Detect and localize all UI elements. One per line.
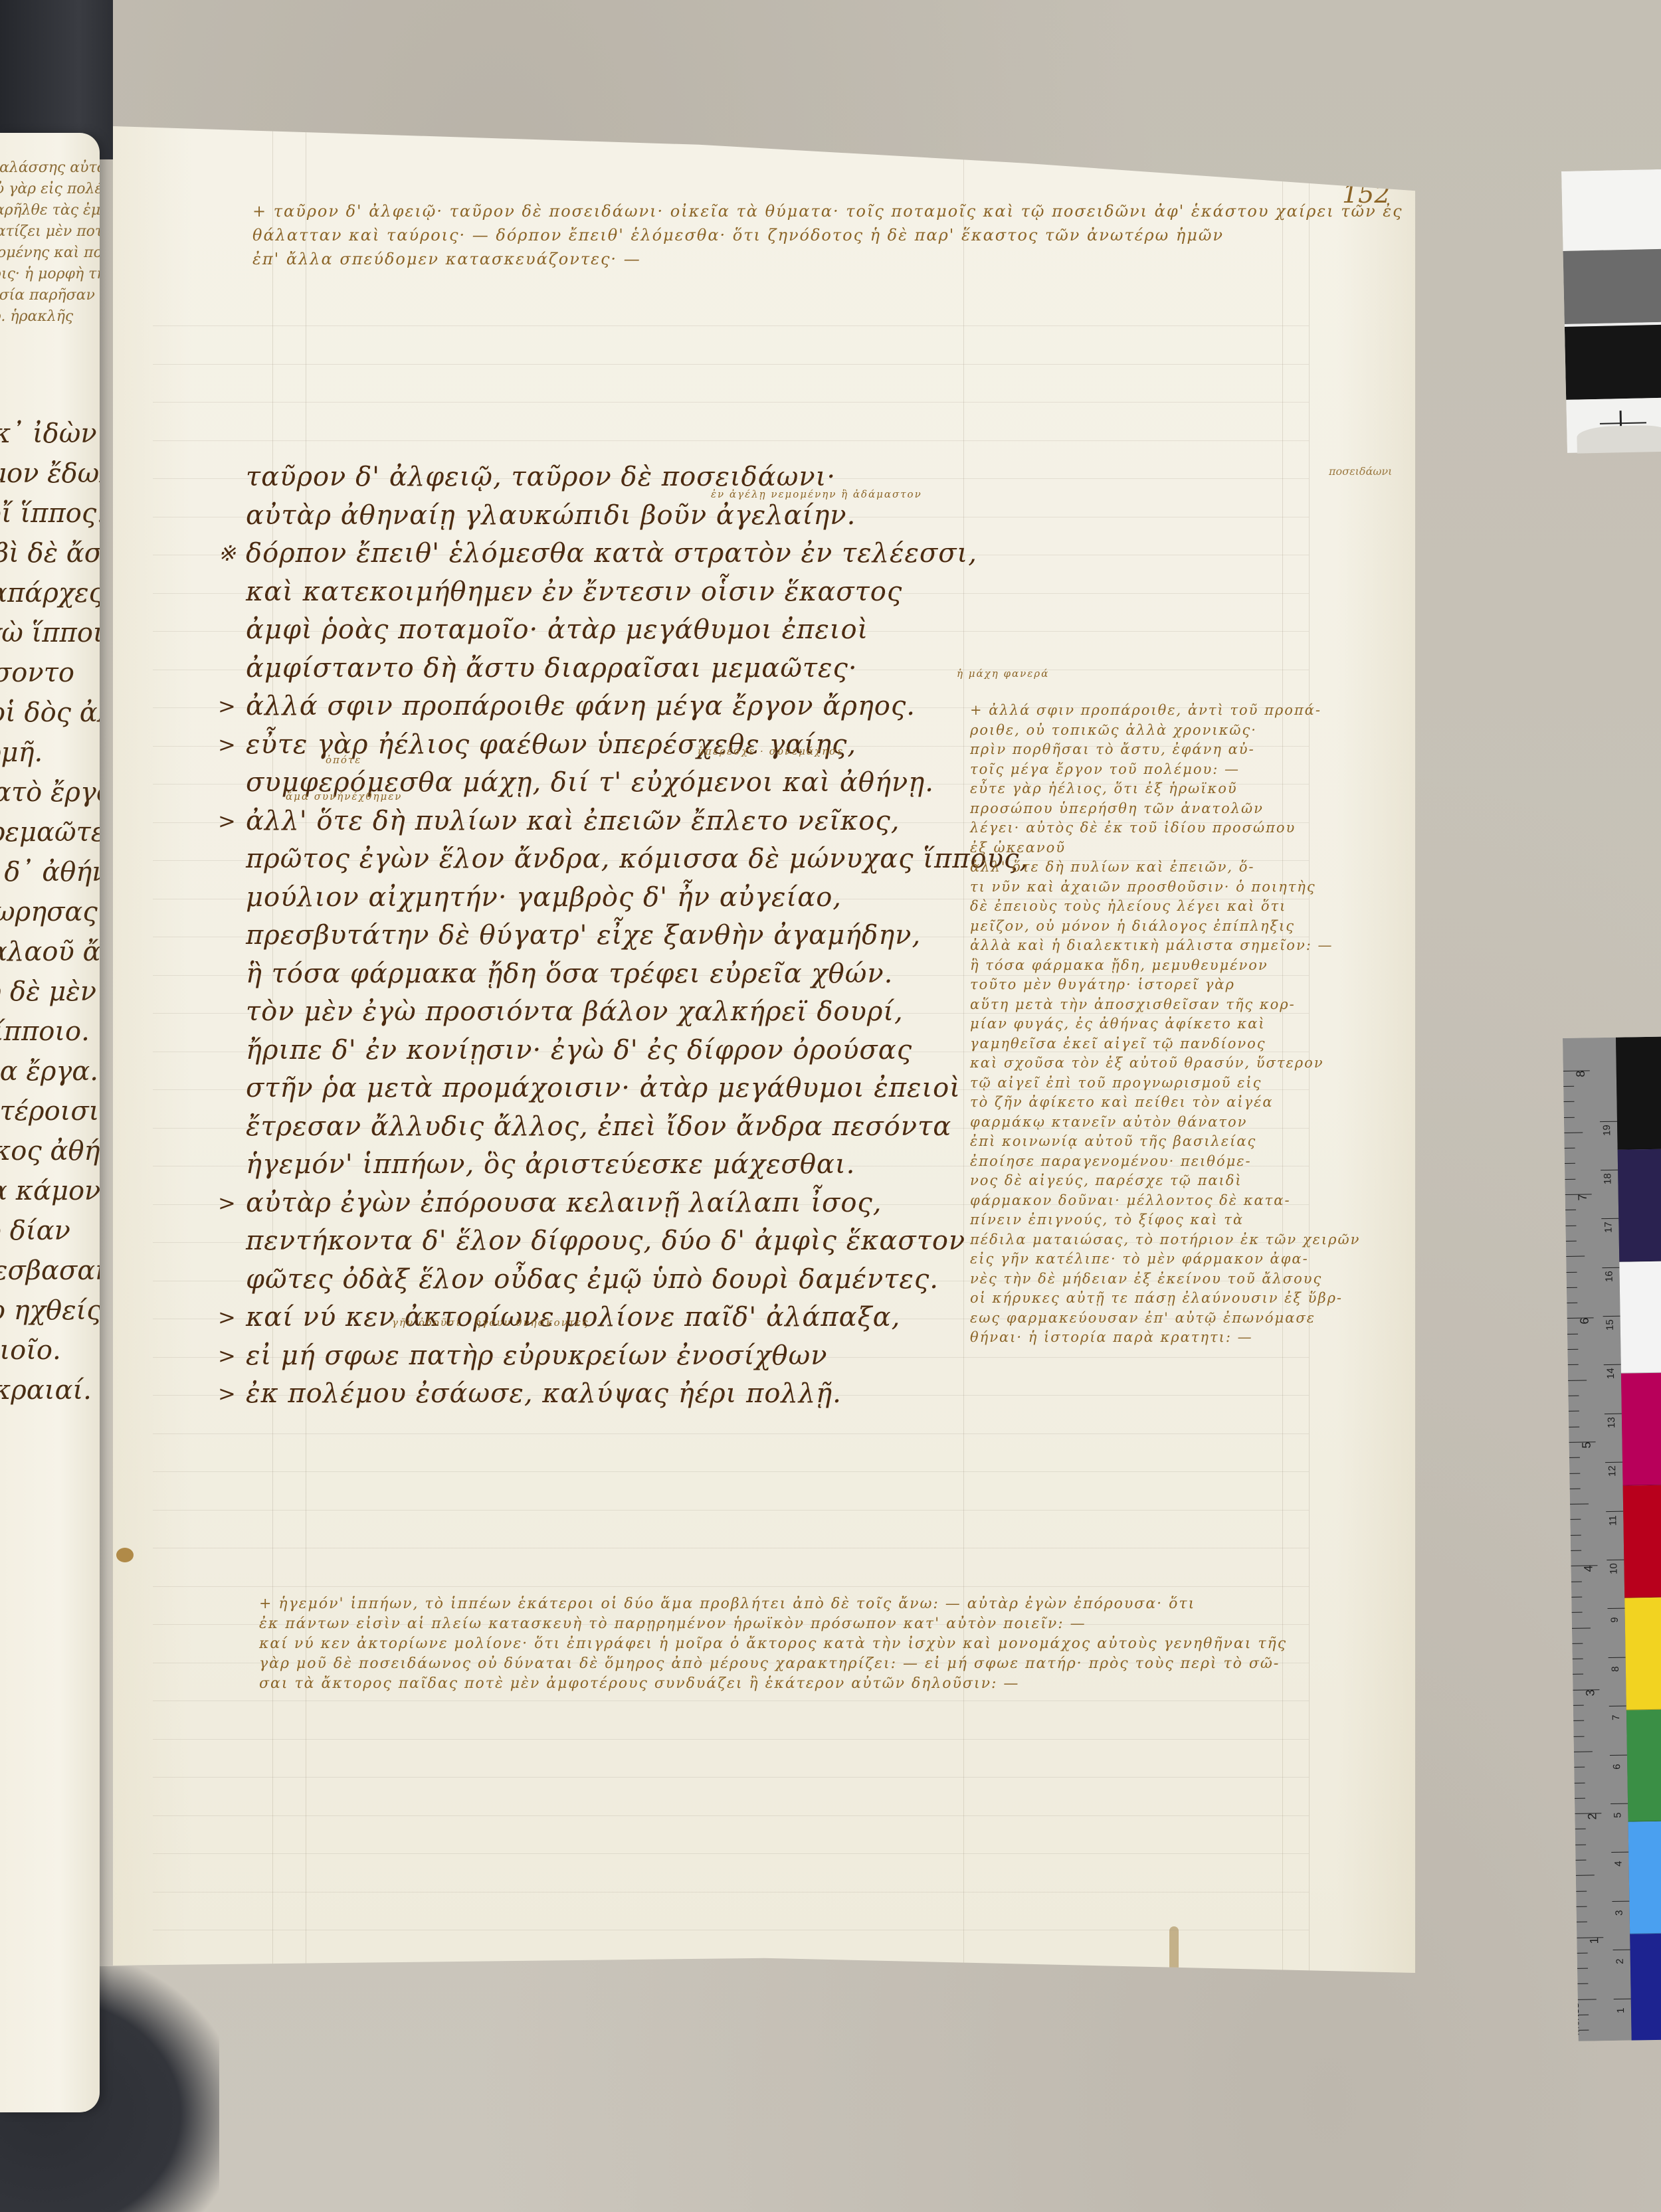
verse-line: >εἰ μή σφωε πατὴρ εὐρυκρείων ἐνοσίχθων xyxy=(246,1337,997,1376)
facing-verse-line: ἵπποιο. xyxy=(0,1016,90,1047)
ruler-tick xyxy=(1612,1900,1629,1901)
facing-verse-line: ρμῆ. xyxy=(0,737,43,768)
ruler-tick xyxy=(1572,1612,1583,1613)
ruling-line xyxy=(153,937,1309,937)
ruler-tick xyxy=(1571,1534,1581,1535)
commentary-line: εὖτε γὰρ ἠέλιος, ὅτι ἐξ ἡρωϊκοῦ xyxy=(970,779,1316,799)
facing-verse-line: οἴ ἵππος. xyxy=(0,498,100,529)
cm-label: 4 xyxy=(1612,1861,1624,1867)
ruler-tick xyxy=(1576,1890,1587,1891)
ruler-tick xyxy=(1577,1952,1588,1953)
cm-label: 5 xyxy=(1612,1812,1623,1818)
critical-sign: > xyxy=(218,726,237,765)
commentary-line: πέδιλα ματαιώσας, τὸ ποτήριον ἐκ τῶν χει… xyxy=(970,1230,1316,1250)
ruler-tick xyxy=(1570,1504,1589,1505)
facing-verse-line: σοντο xyxy=(0,658,74,688)
cm-label: 8 xyxy=(1610,1666,1621,1672)
ruler-tick xyxy=(1607,1608,1624,1609)
interlinear-gloss: ἅμα συνήνέχθημεν xyxy=(286,790,402,802)
facing-gloss-line: χρηματίζει μὲν ποτὲ xyxy=(0,223,100,240)
verse-line: πεντήκοντα δ' ἕλον δίφρους, δύο δ' ἀμφὶς… xyxy=(246,1222,997,1261)
scholia-line: + ταῦρον δ' ἀλφειῷ· ταῦρον δὲ ποσειδάωνι… xyxy=(252,199,1342,223)
verse-line: πρεσβυτάτην δὲ θύγατρ' εἶχε ξανθὴν ἀγαμή… xyxy=(246,917,997,955)
ruler-tick xyxy=(1568,1396,1579,1396)
ruler-tick xyxy=(1573,1659,1583,1659)
commentary-line: καὶ σχοῦσα τὸν ἐξ αὐτοῦ θρασύν, ὕστερον xyxy=(970,1054,1316,1073)
ruling-line xyxy=(153,1510,1309,1511)
cm-label: 17 xyxy=(1603,1222,1614,1233)
ruling-line xyxy=(153,1013,1309,1014)
facing-gloss-line: ὡς παρῆλθε τὰς ἐμ xyxy=(0,202,100,219)
swatch-green xyxy=(1626,1709,1661,1822)
verse-text: αὐτὰρ ἀθηναίῃ γλαυκώπιδι βοῦν ἀγελαίην. xyxy=(246,500,856,531)
commentary-line: νὲς τὴν δὲ μήδειαν ἐξ ἐκείνου τοῦ ἄλσους xyxy=(970,1269,1316,1289)
ruler-tick xyxy=(1603,1316,1620,1317)
ruler-tick xyxy=(1573,1720,1584,1721)
ruling-line xyxy=(153,1357,1309,1358)
facing-verse-line: κ᾽ ἰδὼν ἔργον. xyxy=(0,418,100,449)
cm-label: 9 xyxy=(1609,1617,1620,1623)
facing-gloss-line: τοῦ θαλάσσης αὐτοῦ τῆς xyxy=(0,159,100,176)
verse-line: στῆν ῥα μετὰ προμάχοισιν· ἀτὰρ μεγάθυμοι… xyxy=(246,1069,997,1108)
ruling-line xyxy=(153,1204,1309,1205)
commentary-line: προσώπου ὑπερήσθη τῶν ἀνατολῶν xyxy=(970,799,1316,819)
commentary-line: πίνειν ἐπιγνούς, τὸ ξίφος καὶ τὰ xyxy=(970,1210,1316,1230)
ruler-tick xyxy=(1568,1364,1579,1365)
ruling-line xyxy=(153,1777,1309,1778)
ruler-tick xyxy=(1607,1560,1624,1560)
ruling-line xyxy=(153,1930,1309,1930)
facing-verse-line: ωρησας xyxy=(0,897,98,927)
verse-text: ἀλλ' ὅτε δὴ πυλίων καὶ ἐπειῶν ἔπλετο νεῖ… xyxy=(246,806,900,836)
cm-label: 19 xyxy=(1601,1125,1612,1136)
scholia-line: καί νύ κεν ἀκτορίωνε μολίονε· ὅτι ἐπιγρά… xyxy=(259,1634,1296,1654)
commentary-line: νος δὲ αἰγεύς, παρέσχε τῷ παιδὶ xyxy=(970,1171,1316,1191)
ruling-line xyxy=(153,1624,1309,1625)
inch-label: 5 xyxy=(1580,1441,1594,1448)
verse-line: ἀμφὶ ῥοὰς ποταμοῖο· ἀτὰρ μεγάθυμοι ἐπειο… xyxy=(246,611,997,650)
critical-sign: > xyxy=(218,802,237,841)
verse-line: >ἀλλ' ὅτε δὴ πυλίων καὶ ἐπειῶν ἔπλετο νε… xyxy=(246,802,997,841)
cm-label: 3 xyxy=(1614,1910,1625,1916)
swatch-blue xyxy=(1630,1934,1661,2041)
ruler-tick xyxy=(1574,1736,1585,1736)
ruler-tick xyxy=(1567,1349,1578,1350)
ruler-tick xyxy=(1573,1674,1583,1675)
ruling-line xyxy=(153,1281,1309,1281)
ruler-tick xyxy=(1611,1803,1628,1804)
ink-stain xyxy=(116,1548,134,1562)
ruler-tick xyxy=(1571,1550,1581,1551)
verse-line: ἀμφίσταντο δὴ ἄστυ διαρραῖσαι μεμαῶτες· xyxy=(246,650,997,688)
facing-gloss-line: τὸ ἰσομένης καὶ ποῦ xyxy=(0,244,100,261)
facing-verse-line: ὃ δίαν xyxy=(0,1216,70,1246)
facing-verse-line: αλαοῦ ἄρει xyxy=(0,937,100,967)
margin-note: ποσειδάωνι xyxy=(1329,465,1392,478)
cm-label: 2 xyxy=(1614,1959,1626,1965)
ruling-line xyxy=(153,707,1309,708)
facing-verse-line: ρεμαῶτες. xyxy=(0,817,100,848)
verse-text: ἣ τόσα φάρμακα ᾔδη ὅσα τρέφει εὐρεῖα χθώ… xyxy=(246,959,893,989)
verse-line: ἤριπε δ' ἐν κονίῃσιν· ἐγὼ δ' ἐς δίφρον ὀ… xyxy=(246,1032,997,1070)
commentary-line: ἣ τόσα φάρμακα ᾔδη, μεμυθευμένον xyxy=(970,956,1316,976)
ruler-tick xyxy=(1564,1117,1575,1117)
ruling-line xyxy=(153,1089,1309,1090)
ruling-line xyxy=(153,1739,1309,1740)
ruler-tick xyxy=(1569,1411,1579,1412)
verse-text: πεντήκοντα δ' ἕλον δίφρους, δύο δ' ἀμφὶς… xyxy=(246,1226,965,1256)
interlinear-gloss: ὑπερέσχε · συνεμάχησε xyxy=(698,745,844,757)
critical-sign: > xyxy=(218,1375,237,1414)
ruler-tick xyxy=(1609,1657,1626,1657)
facing-verse-line: ο ηχθείς. xyxy=(0,1295,100,1326)
ruler-tick xyxy=(1606,1511,1623,1511)
facing-verse-line: ι δ᾽ ἀθήνη xyxy=(0,857,100,887)
ruling-line xyxy=(153,1815,1309,1816)
ruler-tick xyxy=(1569,1457,1580,1458)
verse-text: δόρπον ἔπειθ' ἑλόμεσθα κατὰ στρατὸν ἐν τ… xyxy=(246,538,977,569)
commentary-line: ἐπὶ κοινωνίᾳ αὐτοῦ τῆς βασιλείας xyxy=(970,1132,1316,1152)
ruler-tick xyxy=(1572,1627,1591,1628)
color-target-ruler: Inches 123456781234567891011121314151617… xyxy=(1563,1037,1661,2041)
facing-verse-line: ειοῖο. xyxy=(0,1335,61,1366)
ruler-tick xyxy=(1570,1519,1581,1520)
verse-text: ἐκ πολέμου ἐσάωσε, καλύψας ἠέρι πολλῇ. xyxy=(246,1378,842,1409)
ruling-line xyxy=(153,440,1309,441)
inch-label: 3 xyxy=(1583,1689,1597,1696)
ruler-tick xyxy=(1611,1852,1628,1853)
verse-line: φῶτες ὀδὰξ ἕλον οὖδας ἐμῷ ὑπὸ δουρὶ δαμέ… xyxy=(246,1261,997,1299)
ruler-tick xyxy=(1609,1706,1626,1706)
facing-verse-line: ετέροισι xyxy=(0,1096,99,1127)
inch-label: 8 xyxy=(1574,1070,1588,1077)
commentary-line: ροιθε, οὐ τοπικῶς ἀλλὰ χρονικῶς· xyxy=(970,721,1316,741)
ruler-tick xyxy=(1575,1782,1585,1783)
ruling-line xyxy=(153,1433,1309,1434)
verse-line: ※δόρπον ἔπειθ' ἑλόμεσθα κατὰ στρατὸν ἐν … xyxy=(246,535,997,573)
ruling-line xyxy=(153,746,1309,747)
verse-text: ἀλλά σφιν προπάροιθε φάνη μέγα ἔργον ἄρη… xyxy=(246,691,916,721)
facing-verse-line: κος ἀθήνη. xyxy=(0,1136,100,1166)
ruling-line xyxy=(153,1242,1309,1243)
gray-patch-black xyxy=(1565,325,1661,400)
commentary-column: + ἀλλά σφιν προπάροιθε, ἀντὶ τοῦ προπά-ρ… xyxy=(970,701,1316,1348)
gray-patch-gray xyxy=(1563,249,1661,324)
ruler-tick xyxy=(1565,1178,1575,1179)
ruler-tick xyxy=(1567,1333,1578,1334)
commentary-line: αὕτη μετὰ τὴν ἀποσχισθεῖσαν τῆς κορ- xyxy=(970,995,1316,1015)
verse-line: πρῶτος ἐγὼν ἕλον ἄνδρα, κόμισσα δὲ μώνυχ… xyxy=(246,840,997,879)
swatch-white xyxy=(1619,1261,1661,1374)
ruling-line xyxy=(153,1395,1309,1396)
ruler-tick xyxy=(1613,1950,1630,1950)
ruling-line xyxy=(153,670,1309,670)
ruling-line xyxy=(153,1128,1309,1129)
ruling-line xyxy=(153,555,1309,555)
scholia-line: θάλατταν καὶ ταύροις· — δόρπον ἔπειθ' ἑλ… xyxy=(252,223,1342,247)
cm-label: 1 xyxy=(1615,2007,1626,2013)
commentary-line: φαρμάκῳ κτανεῖν αὐτὸν θάνατον xyxy=(970,1113,1316,1133)
ruler-tick xyxy=(1570,1488,1581,1489)
verse-text: μούλιον αἰχμητήν· γαμβρὸς δ' ἦν αὐγείαο, xyxy=(246,882,842,913)
ruler-tick xyxy=(1577,1906,1587,1907)
inch-label: 7 xyxy=(1576,1194,1590,1200)
facing-verse-line: βὶ δὲ ἄστυ xyxy=(0,538,100,569)
inch-label: 4 xyxy=(1581,1566,1595,1572)
verse-line: τὸν μὲν ἐγὼ προσιόντα βάλον χαλκήρεϊ δου… xyxy=(246,993,997,1032)
ruler-tick xyxy=(1605,1414,1622,1414)
ruler-tick xyxy=(1574,1751,1593,1752)
ruler-tick xyxy=(1575,1844,1586,1845)
gray-patch-white xyxy=(1561,169,1661,251)
facing-gloss-line: ος· οὐ γὰρ εἰς πολέμου xyxy=(0,181,100,197)
ruler-tick xyxy=(1565,1225,1576,1226)
cm-label: 15 xyxy=(1605,1319,1616,1331)
water-stain xyxy=(1169,1926,1179,1973)
commentary-line: μεῖζον, οὐ μόνον ἡ διάλογος ἐπίπληξις xyxy=(970,917,1316,937)
cm-label: 7 xyxy=(1611,1715,1622,1721)
ruler-tick xyxy=(1601,1170,1618,1170)
facing-verse-line: εσβασαν ζῷον xyxy=(0,1255,100,1286)
facing-verse-line: οἱ δὸς ἀλκῆς. xyxy=(0,697,100,728)
ruling-line xyxy=(153,517,1309,517)
scholia-line: σαι τὰ ἄκτορος παῖδας ποτὲ μὲν ἀμφοτέρου… xyxy=(259,1674,1296,1694)
ruling-line xyxy=(153,1319,1309,1319)
ruler-tick xyxy=(1577,1922,1587,1922)
commentary-line: δὲ ἐπειοὺς τοὺς ἠλείους λέγει καὶ ὅτι xyxy=(970,897,1316,917)
verse-line: ἡγεμόν' ἱππήων, ὃς ἀριστεύεσκε μάχεσθαι. xyxy=(246,1146,997,1184)
commentary-line: λέγει· αὐτὸς δὲ ἐκ τοῦ ἰδίου προσώπου xyxy=(970,818,1316,838)
commentary-line: + ἀλλά σφιν προπάροιθε, ἀντὶ τοῦ προπά- xyxy=(970,701,1316,721)
ruler-tick xyxy=(1578,2015,1589,2015)
ruler-tick xyxy=(1565,1163,1575,1164)
commentary-line: φάρμακον δοῦναι· μέλλοντος δὲ κατα- xyxy=(970,1191,1316,1211)
torn-edge xyxy=(1577,425,1661,454)
verse-text: ἔτρεσαν ἄλλυδις ἄλλος, ἐπεὶ ἴδον ἄνδρα π… xyxy=(246,1111,951,1142)
ruling-line xyxy=(153,975,1309,976)
commentary-line: τοῖς μέγα ἔργον τοῦ πολέμου: — xyxy=(970,760,1316,780)
ruling-line xyxy=(153,325,1309,326)
ruler-tick xyxy=(1563,1086,1574,1087)
verse-line: >ἐκ πολέμου ἐσάωσε, καλύψας ἠέρι πολλῇ. xyxy=(246,1375,997,1414)
facing-verse-line: ια ἔργα. xyxy=(0,1056,98,1087)
main-text-block: ταῦρον δ' ἀλφειῷ, ταῦρον δὲ ποσειδάωνι·α… xyxy=(246,458,997,1414)
verse-line: ἣ τόσα φάρμακα ᾔδη ὅσα τρέφει εὐρεῖα χθώ… xyxy=(246,955,997,994)
verse-line: >καί νύ κεν ἀκτορίωνε μολίονε παῖδ' ἀλάπ… xyxy=(246,1299,997,1337)
scholia-line: ἐπ' ἄλλα σπεύδομεν κατασκευάζοντες· — xyxy=(252,247,1342,271)
scholia-top: + ταῦρον δ' ἀλφειῷ· ταῦρον δὲ ποσειδάωνι… xyxy=(252,199,1342,271)
ruler-tick xyxy=(1605,1462,1622,1463)
scholia-bottom: + ἡγεμόν' ἱππήων, τὸ ἱππέων ἑκάτεροι οἱ … xyxy=(259,1594,1296,1694)
ruling-line xyxy=(153,1586,1309,1587)
cm-label: 16 xyxy=(1604,1271,1615,1282)
scholia-line: γὰρ μοῦ δὲ ποσειδάωνος οὐ δύναται δὲ ὅμη… xyxy=(259,1654,1296,1674)
ruling-line xyxy=(153,364,1309,365)
ruler-tick xyxy=(1610,1754,1627,1755)
commentary-line: μίαν φυγάς, ἐς ἀθήνας ἀφίκετο καὶ xyxy=(970,1014,1316,1034)
swatch-red xyxy=(1623,1485,1661,1598)
ruler-tick xyxy=(1568,1380,1587,1380)
cm-label: 18 xyxy=(1602,1173,1613,1184)
ruler-tick xyxy=(1601,1218,1618,1219)
ruler-tick xyxy=(1569,1473,1580,1473)
verse-text: εἰ μή σφωε πατὴρ εὐρυκρείων ἐνοσίχθων xyxy=(246,1340,828,1371)
ruler-tick xyxy=(1575,1829,1586,1829)
ruler-tick xyxy=(1602,1267,1619,1267)
commentary-line: ἐξ ὠκεανοῦ xyxy=(970,838,1316,858)
ruler-tick xyxy=(1575,1860,1586,1861)
ruler-tick xyxy=(1569,1426,1579,1427)
ruling-line xyxy=(153,822,1309,823)
ruling-line xyxy=(153,860,1309,861)
ruler-tick xyxy=(1563,1101,1574,1102)
ruling-line xyxy=(153,1892,1309,1892)
critical-sign: > xyxy=(218,1184,237,1223)
verse-line: >αὐτὰρ ἐγὼν ἐπόρουσα κελαινῇ λαίλαπι ἶσο… xyxy=(246,1184,997,1223)
facing-verse-line: κραιαί. xyxy=(0,1375,92,1406)
manuscript-folio: 152 ποσειδάωνι + ταῦρον δ' ἀλφειῷ· ταῦρο… xyxy=(113,126,1415,1973)
commentary-line: εἰς γῆν κατέλιπε· τὸ μὲν φάρμακον ἀφα- xyxy=(970,1249,1316,1269)
ruling-line xyxy=(153,1853,1309,1854)
verse-text: ἡγεμόν' ἱππήων, ὃς ἀριστεύεσκε μάχεσθαι. xyxy=(246,1149,855,1180)
ruler-tick xyxy=(1573,1705,1584,1706)
ruler-tick xyxy=(1567,1271,1577,1272)
ruling-line xyxy=(153,1701,1309,1701)
facing-gloss-line: ον ἄρ. ἡρακλῆς xyxy=(0,308,73,325)
scholia-line: + ἡγεμόν' ἱππήων, τὸ ἱππέων ἑκάτεροι οἱ … xyxy=(259,1594,1296,1614)
ruler-tick xyxy=(1576,1875,1595,1876)
facing-verse-line: απάρχες xyxy=(0,578,100,608)
ruler-tick xyxy=(1604,1364,1621,1365)
ruler-tick xyxy=(1578,2030,1589,2031)
facing-verse-line: μον ἔδωκε xyxy=(0,458,100,489)
ruling-line xyxy=(153,1471,1309,1472)
critical-sign: ※ xyxy=(218,535,237,573)
interlinear-gloss: ὁπότε xyxy=(326,754,361,766)
ruler-tick xyxy=(1575,1797,1585,1798)
ruler-tick xyxy=(1600,1121,1617,1121)
ruling-line xyxy=(153,631,1309,632)
cm-label: 13 xyxy=(1606,1417,1617,1428)
ruling-line xyxy=(153,899,1309,899)
ruler-tick xyxy=(1572,1643,1583,1643)
ruler-tick xyxy=(1566,1241,1577,1242)
ruler-tick xyxy=(1571,1597,1582,1598)
ruler-tick xyxy=(1566,1256,1585,1257)
swatch-violet xyxy=(1618,1149,1661,1261)
verse-text: τὸν μὲν ἐγὼ προσιόντα βάλον χαλκήρεϊ δου… xyxy=(246,996,904,1027)
swatch-black xyxy=(1616,1037,1661,1150)
ruling-line xyxy=(153,784,1309,784)
critical-sign: > xyxy=(218,1299,237,1337)
ruler-tick xyxy=(1564,1132,1583,1133)
facing-verse-line: υ δὲ μὲν ἦλθε xyxy=(0,976,100,1007)
ruling-line xyxy=(153,593,1309,594)
facing-gloss-line: ἑτέροις· ἡ μορφὴ τῆς xyxy=(0,266,100,282)
verse-text: καὶ κατεκοιμήθημεν ἐν ἔντεσιν οἷσιν ἕκασ… xyxy=(246,577,902,607)
commentary-line: ἐποίησε παραγενομένου· πειθόμε- xyxy=(970,1152,1316,1172)
facing-verse-line: ατὸ ἔργος. xyxy=(0,777,100,808)
ruling-line xyxy=(153,1548,1309,1548)
cm-label: 6 xyxy=(1611,1764,1622,1770)
verse-text: στῆν ῥα μετὰ προμάχοισιν· ἀτὰρ μεγάθυμοι… xyxy=(246,1073,961,1103)
verse-text: ἤριπε δ' ἐν κονίῃσιν· ἐγὼ δ' ἐς δίφρον ὀ… xyxy=(246,1035,912,1065)
ruling-line xyxy=(153,402,1309,403)
ruling-line xyxy=(153,478,1309,479)
commentary-line: θήναι· ἡ ἱστορία παρὰ κρατητι: — xyxy=(970,1328,1316,1348)
ruler-tick xyxy=(1578,1999,1597,1999)
cm-label: 14 xyxy=(1605,1368,1616,1380)
commentary-line: οἱ κήρυκες αὐτῇ τε πάσῃ ἐλαύνουσιν ἐξ ὕβ… xyxy=(970,1289,1316,1309)
swatch-yellow xyxy=(1624,1597,1661,1710)
cm-label: 10 xyxy=(1608,1563,1619,1574)
ruler-tick xyxy=(1577,1968,1588,1969)
ruler-tick xyxy=(1567,1303,1577,1303)
inch-label: 2 xyxy=(1585,1813,1599,1819)
swatch-magenta xyxy=(1621,1373,1661,1486)
verse-line: ἔτρεσαν ἄλλυδις ἄλλος, ἐπεὶ ἴδον ἄνδρα π… xyxy=(246,1108,997,1147)
facing-verse-line: α κάμον. xyxy=(0,1176,100,1206)
ruler-tick xyxy=(1571,1581,1582,1582)
swatch-cyan xyxy=(1628,1821,1661,1934)
commentary-line: πρὶν πορθῆσαι τὸ ἄστυ, ἐφάνη αὐ- xyxy=(970,740,1316,760)
commentary-line: ἀλλὰ καὶ ἡ διαλεκτικὴ μάλιστα σημεῖον: — xyxy=(970,936,1316,956)
verse-text: αὐτὰρ ἐγὼν ἐπόρουσα κελαινῇ λαίλαπι ἶσος… xyxy=(246,1188,882,1218)
verse-text: πρῶτος ἐγὼν ἕλον ἄνδρα, κόμισσα δὲ μώνυχ… xyxy=(246,844,1028,874)
commentary-line: τοῦτο μὲν θυγάτηρ· ἱστορεῖ γὰρ xyxy=(970,975,1316,995)
critical-sign: > xyxy=(218,688,237,726)
verse-line: μούλιον αἰχμητήν· γαμβρὸς δ' ἦν αὐγείαο, xyxy=(246,879,997,917)
cm-label: 12 xyxy=(1607,1465,1618,1477)
facing-page: τοῦ θαλάσσης αὐτοῦ τῆςος· οὐ γὰρ εἰς πολ… xyxy=(0,133,100,2112)
ruling-line xyxy=(153,1052,1309,1052)
verse-text: πρεσβυτάτην δὲ θύγατρ' εἶχε ξανθὴν ἀγαμή… xyxy=(246,920,921,951)
cm-label: 11 xyxy=(1607,1515,1618,1526)
inch-label: 6 xyxy=(1578,1318,1592,1325)
interlinear-gloss: ἐν ἀγέλῃ νεμομένην ἢ ἀδάμαστον xyxy=(711,488,922,500)
critical-sign: > xyxy=(218,1337,237,1376)
ruler-tick xyxy=(1565,1210,1576,1210)
verse-text: ἀμφίσταντο δὴ ἄστυ διαρραῖσαι μεμαῶτες· xyxy=(246,653,858,684)
verse-line: >ἀλλά σφιν προπάροιθε φάνη μέγα ἔργον ἄρ… xyxy=(246,688,997,726)
ruling-line xyxy=(153,1166,1309,1166)
inch-label: 1 xyxy=(1587,1937,1601,1944)
ruler-tick xyxy=(1574,1767,1585,1768)
ruler-tick xyxy=(1565,1148,1575,1149)
verse-line: καὶ κατεκοιμήθημεν ἐν ἔντεσιν οἷσιν ἕκασ… xyxy=(246,573,997,612)
verse-text: φῶτες ὀδὰξ ἕλον οὖδας ἐμῷ ὑπὸ δουρὶ δαμέ… xyxy=(246,1264,939,1295)
color-target-grayscale xyxy=(1561,169,1661,935)
ruling-line xyxy=(153,1663,1309,1663)
ruler-tick xyxy=(1567,1287,1577,1288)
commentary-line: τὸ ζῆν ἀφίκετο καὶ πείθει τὸν αἰγέα xyxy=(970,1093,1316,1113)
facing-gloss-line: δὲ θυσία παρῆσαν ἐπ xyxy=(0,287,100,304)
commentary-line: τι νῦν καὶ ἀχαιῶν προσθοῦσιν· ὁ ποιητὴς xyxy=(970,877,1316,897)
verse-text: ἀμφὶ ῥοὰς ποταμοῖο· ἀτὰρ μεγάθυμοι ἐπειο… xyxy=(246,614,868,645)
ruler-tick xyxy=(1614,1998,1631,1999)
facing-verse-line: χὼ ἵπποι xyxy=(0,618,100,648)
verse-line: αὐτὰρ ἀθηναίῃ γλαυκώπιδι βοῦν ἀγελαίην. xyxy=(246,497,997,535)
ruler-tick xyxy=(1577,1983,1588,1984)
